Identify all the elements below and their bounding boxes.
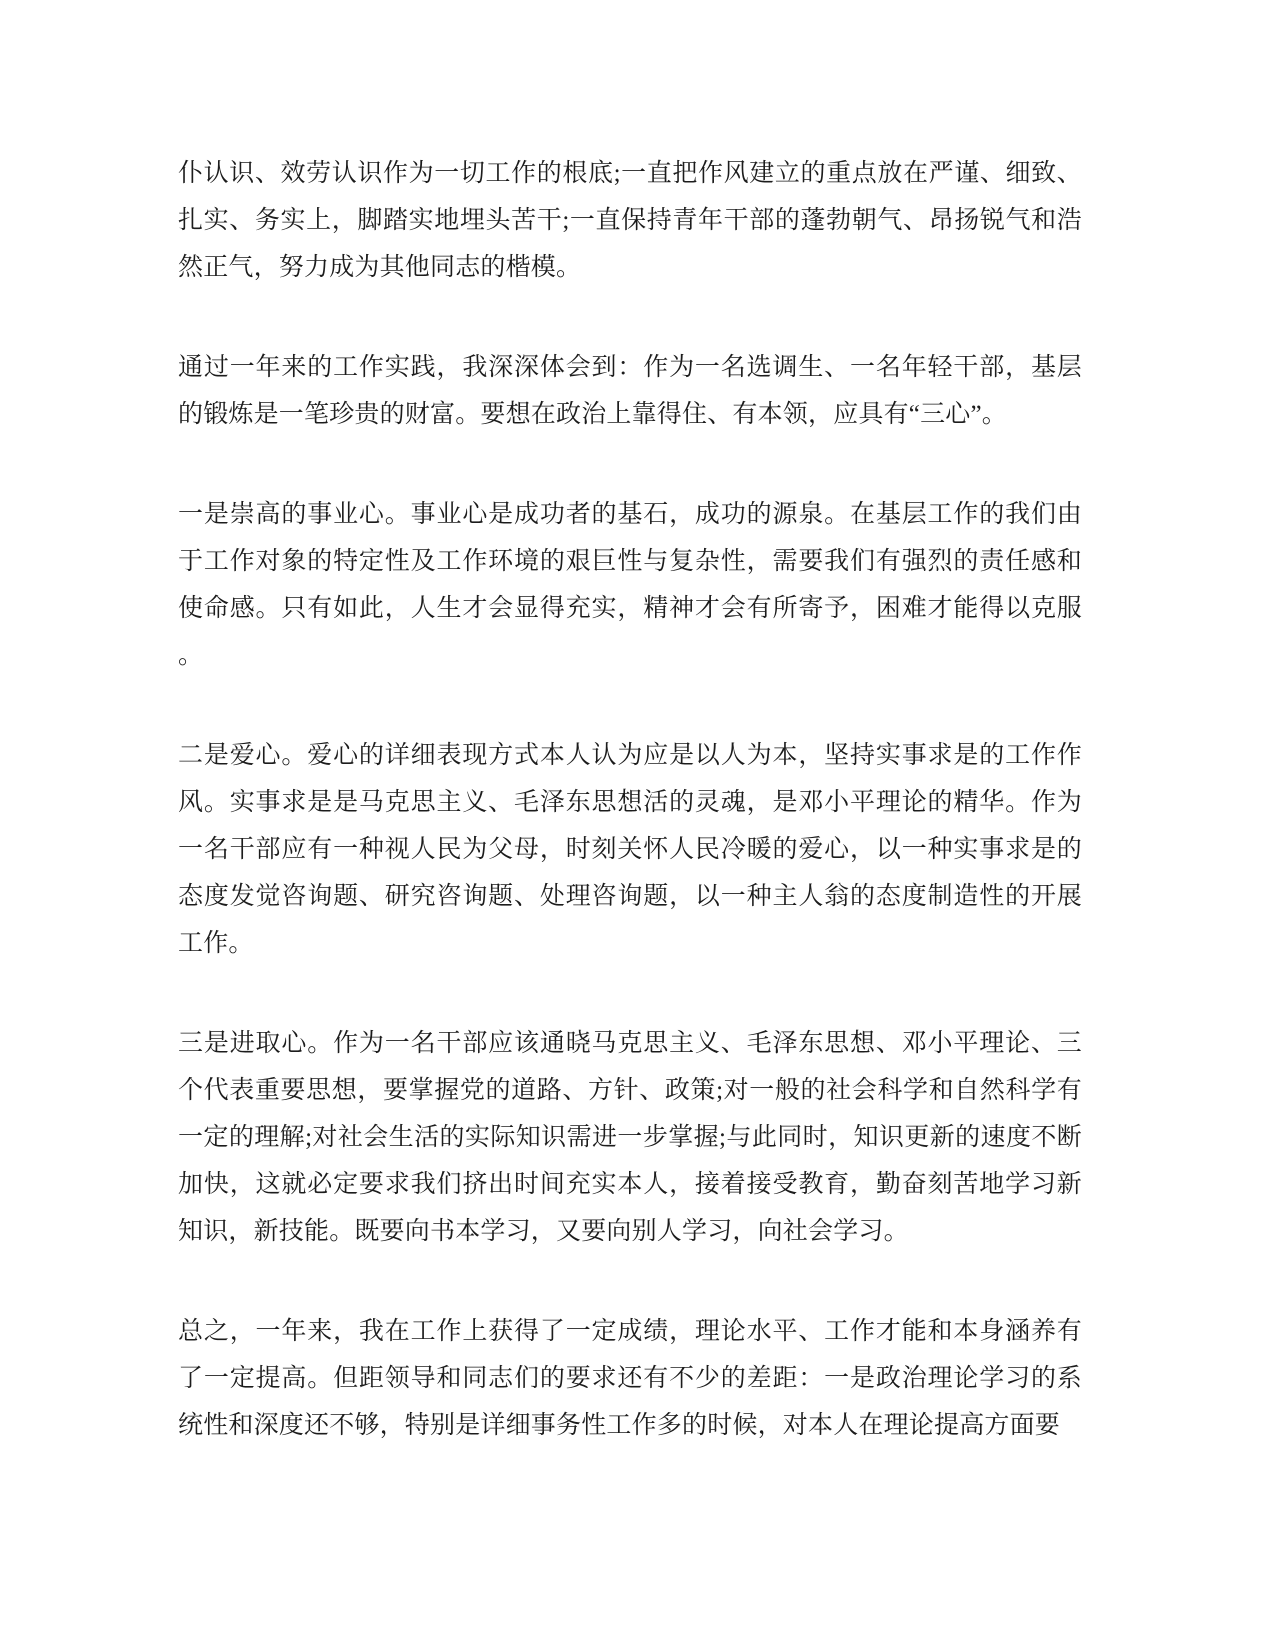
paragraph-second-heart-love: 二是爱心。爱心的详细表现方式本人认为应是以人为本，坚持实事求是的工作作风。实事求… (178, 732, 1082, 967)
document-text-block: 仆认识、效劳认识作为一切工作的根底;一直把作风建立的重点放在严谨、细致、扎实、务… (178, 150, 1082, 1449)
paragraph-third-heart-enterprise: 三是进取心。作为一名干部应该通晓马克思主义、毛泽东思想、邓小平理论、三个代表重要… (178, 1020, 1082, 1255)
paragraph-work-style: 仆认识、效劳认识作为一切工作的根底;一直把作风建立的重点放在严谨、细致、扎实、务… (178, 150, 1082, 291)
paragraph-first-heart-career: 一是崇高的事业心。事业心是成功者的基石，成功的源泉。在基层工作的我们由于工作对象… (178, 491, 1082, 679)
document-page: 仆认识、效劳认识作为一切工作的根底;一直把作风建立的重点放在严谨、细致、扎实、务… (0, 0, 1275, 1650)
paragraph-yearly-reflection: 通过一年来的工作实践，我深深体会到：作为一名选调生、一名年轻干部，基层的锻炼是一… (178, 344, 1082, 438)
paragraph-summary-gaps: 总之，一年来，我在工作上获得了一定成绩，理论水平、工作才能和本身涵养有了一定提高… (178, 1308, 1082, 1449)
